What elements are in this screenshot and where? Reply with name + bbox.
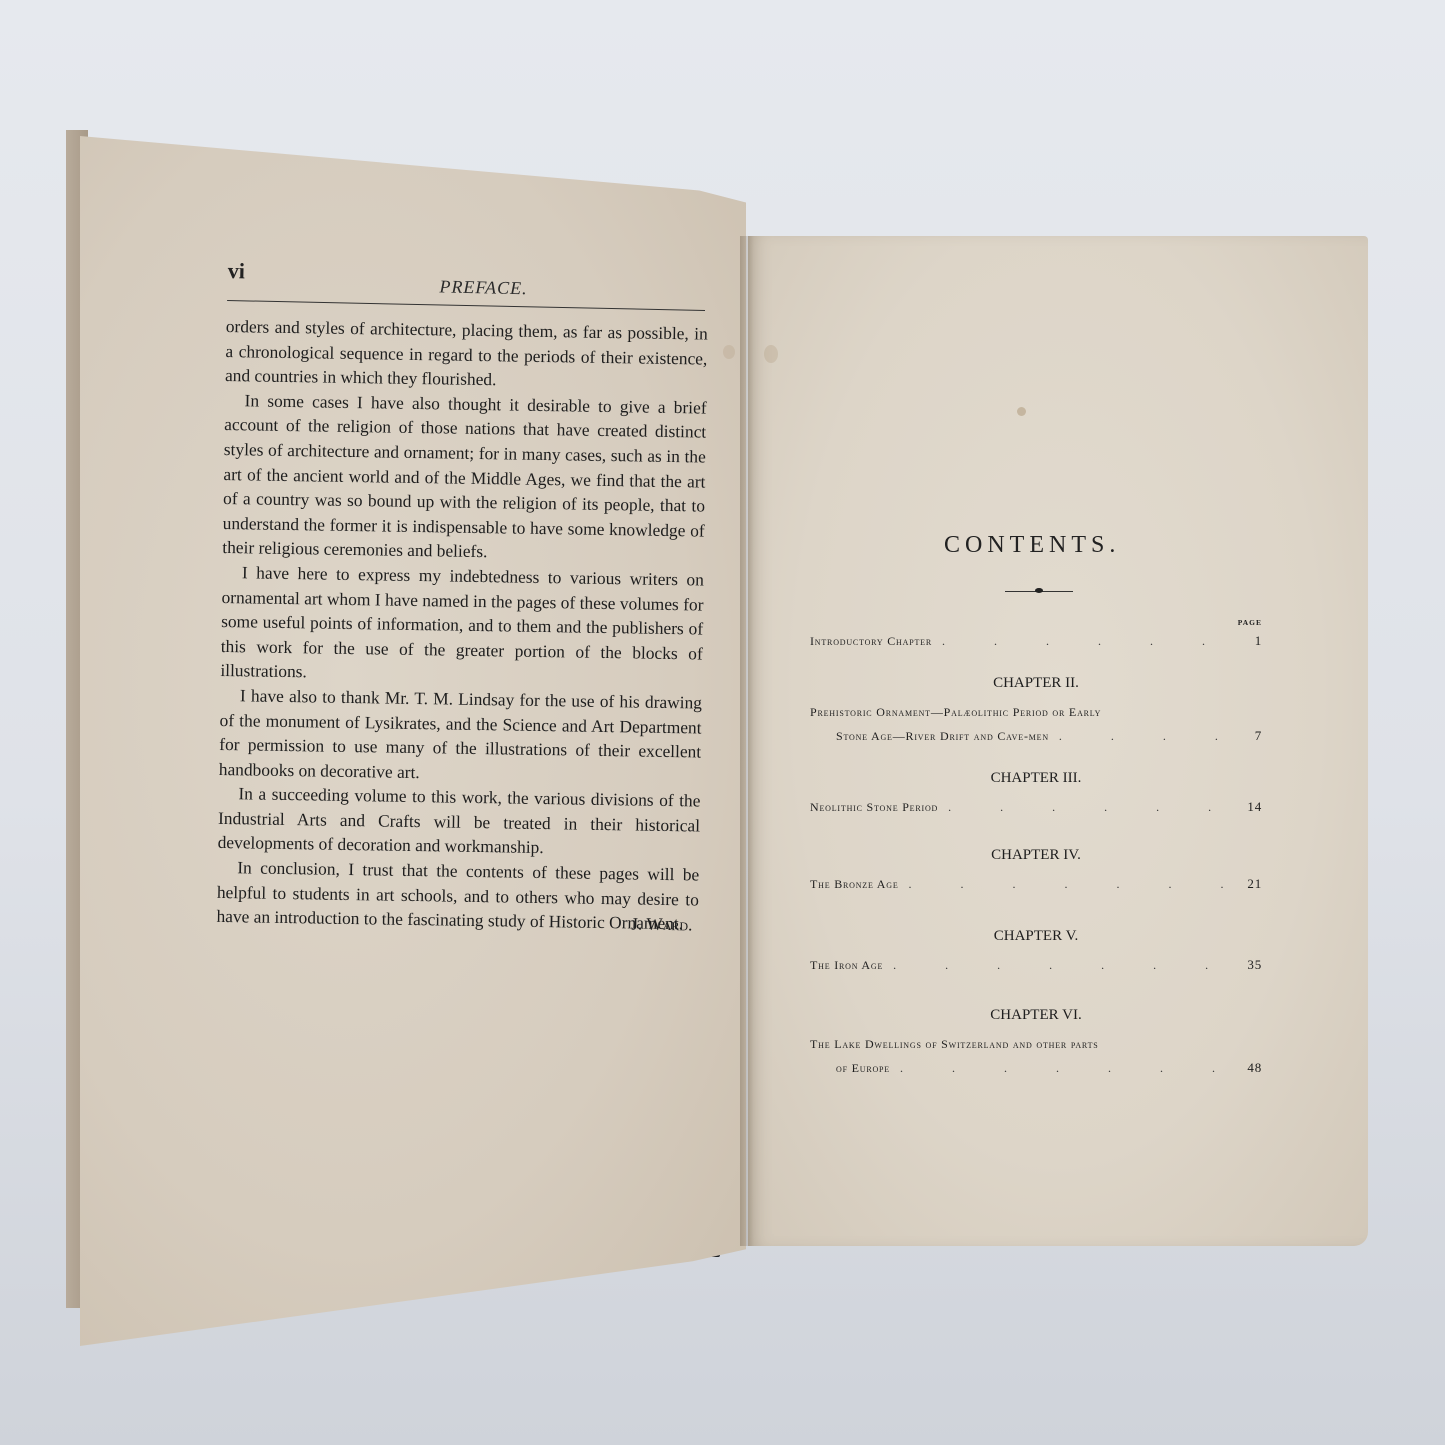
toc-entry: The Iron Age . . . . . . . . . . . . . 3… (810, 953, 1262, 977)
ornament-dot (1035, 588, 1043, 593)
preface-paragraph: In some cases I have also thought it des… (222, 388, 707, 568)
toc-entry-title-cont: of Europe (836, 1056, 890, 1080)
dot-leader: . . . . . . . . . . . . . (890, 1056, 1240, 1080)
contents-title: CONTENTS. (944, 532, 1120, 559)
toc-entry-title: The Bronze Age (810, 872, 899, 896)
toc-entry: The Bronze Age . . . . . . . . . . . . .… (810, 872, 1262, 896)
preface-paragraph: In a succeeding volume to this work, the… (218, 781, 701, 862)
toc-entry-page: 1 (1240, 629, 1262, 653)
preface-paragraph: I have here to express my indebtedness t… (220, 560, 704, 691)
table-of-contents: PAGE Introductory Chapter . . . . . . . … (810, 618, 1262, 1080)
preface-title: PREFACE. (439, 276, 528, 299)
toc-entry-page: 7 (1240, 724, 1262, 748)
dot-leader: . . . . . . . . . . . . . (938, 795, 1240, 819)
toc-entry-title: The Iron Age (810, 953, 883, 977)
toc-entry-title: The Lake Dwellings of Switzerland and ot… (810, 1032, 1262, 1056)
toc-entry-page: 48 (1240, 1056, 1262, 1080)
chapter-heading: CHAPTER II. (810, 675, 1262, 692)
toc-entry-title: Introductory Chapter (810, 629, 932, 653)
chapter-heading: CHAPTER VI. (810, 1007, 1262, 1024)
chapter-heading: CHAPTER III. (810, 770, 1262, 787)
toc-entry: Stone Age—River Drift and Cave-men . . .… (810, 724, 1262, 748)
page-number: vi (227, 258, 245, 284)
dot-leader: . . . . . . . . . . . . . (899, 872, 1240, 896)
foxing-stain (1017, 407, 1026, 416)
toc-entry-title-cont: Stone Age—River Drift and Cave-men (836, 724, 1049, 748)
dot-leader: . . . . . . . . . . . . . (932, 629, 1240, 653)
toc-entry: Neolithic Stone Period . . . . . . . . .… (810, 795, 1262, 819)
toc-entry-page: 14 (1240, 795, 1262, 819)
preface-body: orders and styles of architecture, placi… (216, 314, 708, 937)
toc-entry-page: 35 (1240, 953, 1262, 977)
dot-leader: . . . . . . . . . . . . . (1049, 724, 1240, 748)
toc-entry-title: Neolithic Stone Period (810, 795, 938, 819)
toc-entry: Introductory Chapter . . . . . . . . . .… (810, 629, 1262, 653)
foxing-stain (723, 345, 735, 359)
toc-entry-title: Prehistoric Ornament—Palæolithic Period … (810, 700, 1262, 724)
preface-paragraph: orders and styles of architecture, placi… (225, 314, 708, 395)
foxing-stain (764, 345, 778, 363)
chapter-heading: CHAPTER IV. (810, 847, 1262, 864)
preface-paragraph: I have also to thank Mr. T. M. Lindsay f… (219, 683, 702, 789)
chapter-heading: CHAPTER V. (810, 928, 1262, 945)
toc-entry: of Europe . . . . . . . . . . . . . 48 (810, 1056, 1262, 1080)
dot-leader: . . . . . . . . . . . . . (883, 953, 1240, 977)
toc-entry-page: 21 (1240, 872, 1262, 896)
page-column-label: PAGE (810, 618, 1262, 629)
book-gutter (740, 236, 754, 1246)
preface-paragraph: In conclusion, I trust that the contents… (216, 855, 699, 936)
